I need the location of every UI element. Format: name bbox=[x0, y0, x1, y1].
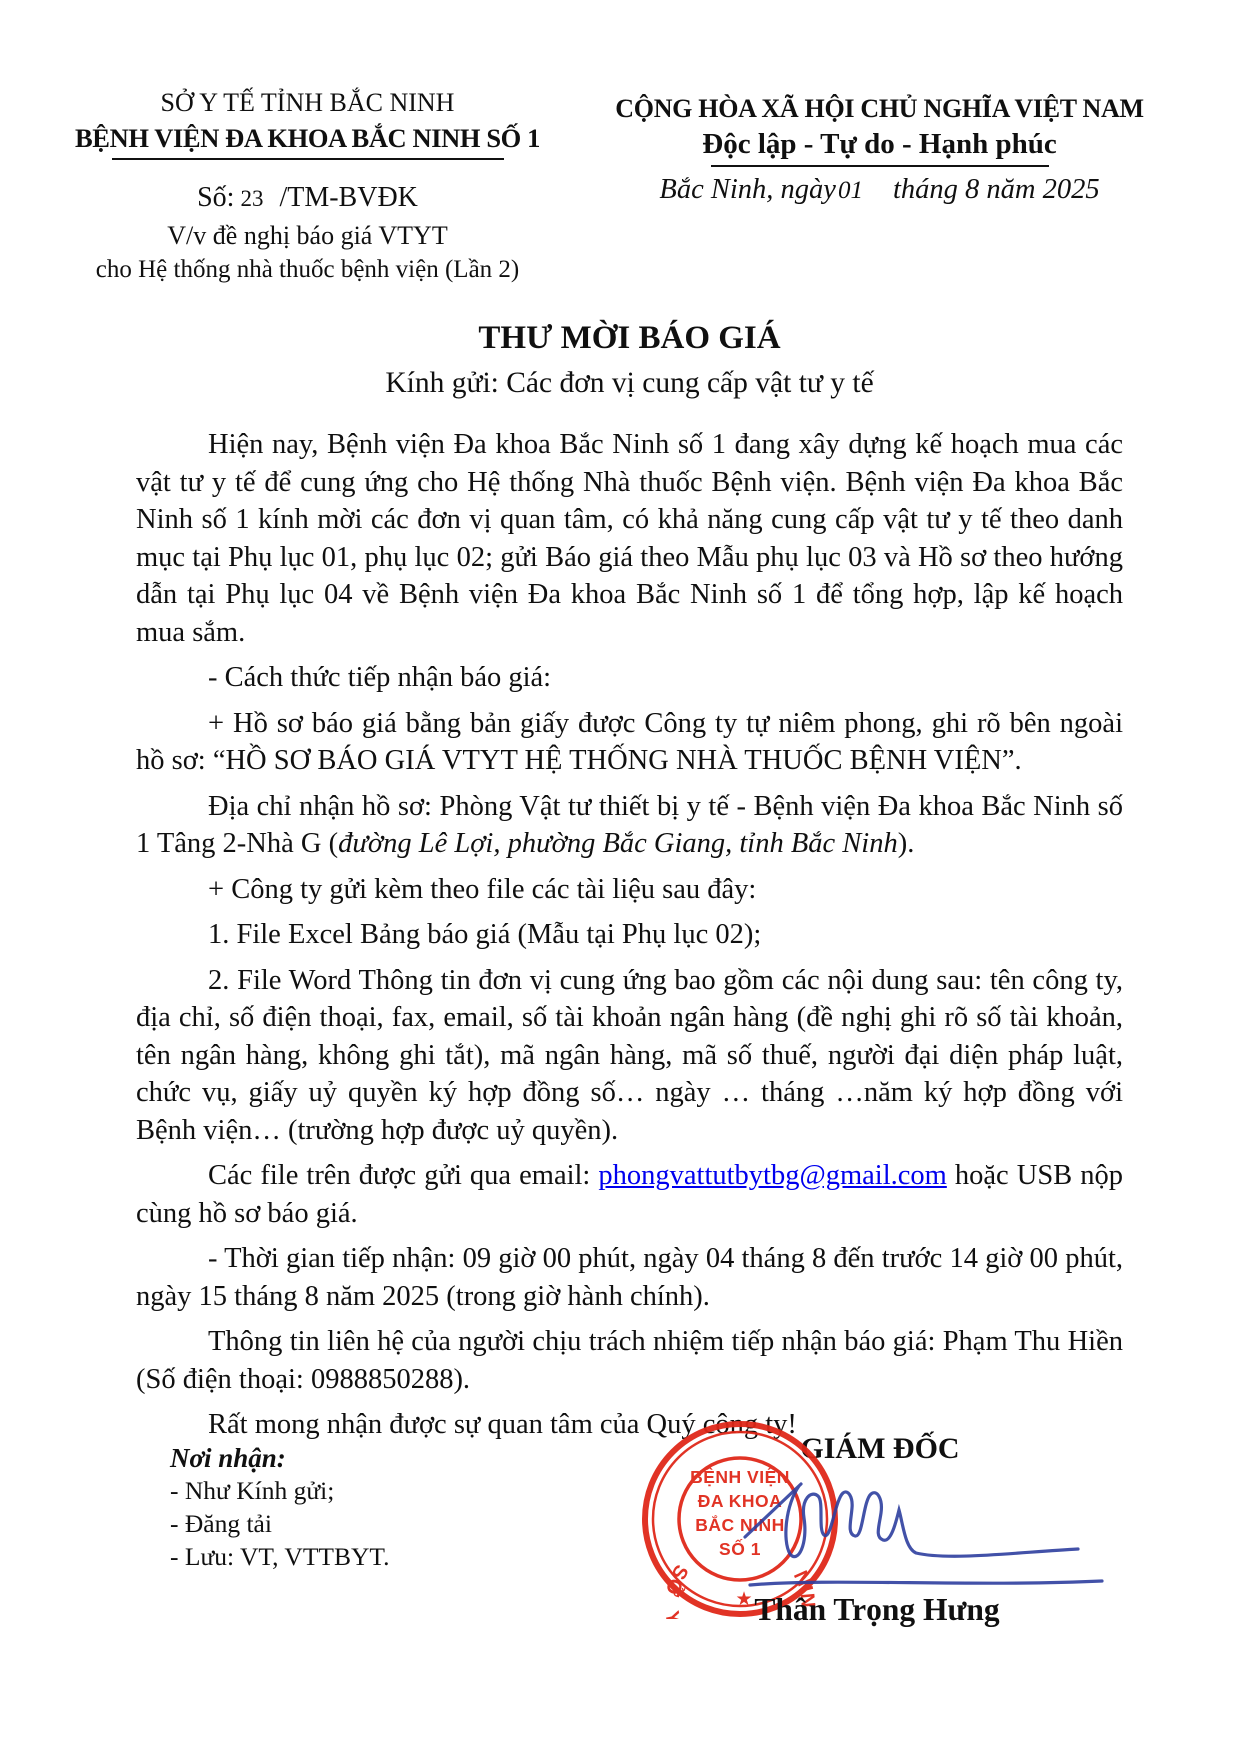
text-run: Các file trên được gửi qua email: bbox=[208, 1160, 598, 1191]
date-prefix: Bắc Ninh, ngày bbox=[659, 174, 836, 205]
date-day-value: 01 bbox=[838, 177, 863, 204]
paragraph-email: Các file trên được gửi qua email: phongv… bbox=[136, 1157, 1123, 1232]
salutation-line: Kính gửi: Các đơn vị cung cấp vật tư y t… bbox=[136, 367, 1123, 400]
recipient-item: - Như Kính gửi; bbox=[170, 1474, 389, 1507]
paragraph-intro: Hiện nay, Bệnh viện Đa khoa Bắc Ninh số … bbox=[136, 426, 1123, 651]
recipient-item: - Đăng tải bbox=[170, 1507, 389, 1540]
text-run: Thông tin liên hệ của người chịu trách n… bbox=[136, 1326, 1123, 1395]
date-suffix: tháng 8 năm 2025 bbox=[893, 174, 1100, 205]
paragraph-sealed-dossier: + Hồ sơ báo giá bằng bản giấy được Công … bbox=[136, 705, 1123, 780]
text-run: + Công ty gửi kèm theo file các tài liệu… bbox=[208, 874, 756, 905]
text-run: - Thời gian tiếp nhận: 09 giờ 00 phút, n… bbox=[136, 1243, 1123, 1312]
email-link[interactable]: phongvattutbytbg@gmail.com bbox=[598, 1160, 946, 1191]
national-motto-block: CỘNG HÒA XÃ HỘI CHỦ NGHĨA VIỆT NAM Độc l… bbox=[592, 94, 1167, 206]
signature-underline-stroke bbox=[750, 1581, 1102, 1585]
document-page: SỞ Y TẾ TỈNH BẮC NINH BỆNH VIỆN ĐA KHOA … bbox=[0, 0, 1241, 1756]
document-number: Số:23/TM-BVĐK bbox=[55, 182, 560, 214]
recipient-item: - Lưu: VT, VTTBYT. bbox=[170, 1540, 389, 1573]
signer-name: Thân Trọng Hưng bbox=[732, 1592, 1022, 1628]
document-number-label: Số: bbox=[197, 182, 234, 213]
issuing-authority-block: SỞ Y TẾ TỈNH BẮC NINH BỆNH VIỆN ĐA KHOA … bbox=[55, 88, 560, 284]
document-subject-line2: cho Hệ thống nhà thuốc bệnh viện (Lần 2) bbox=[55, 256, 560, 284]
paragraph-deadline: - Thời gian tiếp nhận: 09 giờ 00 phút, n… bbox=[136, 1240, 1123, 1315]
signature-stroke bbox=[745, 1484, 1078, 1557]
text-run: đường Lê Lợi, phường Bắc Giang, tỉnh Bắc… bbox=[338, 828, 898, 859]
national-title: CỘNG HÒA XÃ HỘI CHỦ NGHĨA VIỆT NAM bbox=[592, 94, 1167, 124]
text-run: + Hồ sơ báo giá bằng bản giấy được Công … bbox=[136, 708, 1123, 777]
document-body: Hiện nay, Bệnh viện Đa khoa Bắc Ninh số … bbox=[136, 426, 1123, 1452]
issue-date-line: Bắc Ninh, ngày01tháng 8 năm 2025 bbox=[592, 174, 1167, 206]
text-run: Hiện nay, Bệnh viện Đa khoa Bắc Ninh số … bbox=[136, 429, 1123, 648]
document-subject-line1: V/v đề nghị báo giá VTYT bbox=[55, 221, 560, 251]
header-left-divider bbox=[112, 158, 504, 160]
paragraph-file-excel: 1. File Excel Bảng báo giá (Mẫu tại Phụ … bbox=[136, 916, 1123, 954]
national-motto: Độc lập - Tự do - Hạnh phúc bbox=[592, 128, 1167, 161]
paragraph-attachments-heading: + Công ty gửi kèm theo file các tài liệu… bbox=[136, 871, 1123, 909]
document-title: THƯ MỜI BÁO GIÁ bbox=[136, 320, 1123, 357]
authority-name: SỞ Y TẾ TỈNH BẮC NINH bbox=[55, 88, 560, 118]
recipients-heading: Nơi nhận: bbox=[170, 1443, 389, 1474]
paragraph-file-word: 2. File Word Thông tin đơn vị cung ứng b… bbox=[136, 962, 1123, 1150]
recipients-block: Nơi nhận: - Như Kính gửi; - Đăng tải - L… bbox=[170, 1443, 389, 1573]
hospital-name: BỆNH VIỆN ĐA KHOA BẮC NINH SỐ 1 bbox=[55, 123, 560, 154]
document-number-value: 23 bbox=[240, 186, 263, 211]
text-run: - Cách thức tiếp nhận báo giá: bbox=[208, 662, 551, 693]
document-number-suffix: /TM-BVĐK bbox=[279, 182, 417, 213]
text-run: 2. File Word Thông tin đơn vị cung ứng b… bbox=[136, 965, 1123, 1146]
paragraph-address: Địa chỉ nhận hồ sơ: Phòng Vật tư thiết b… bbox=[136, 788, 1123, 863]
handwritten-signature bbox=[700, 1402, 1160, 1622]
paragraph-contact: Thông tin liên hệ của người chịu trách n… bbox=[136, 1323, 1123, 1398]
paragraph-method-heading: - Cách thức tiếp nhận báo giá: bbox=[136, 659, 1123, 697]
text-run: ). bbox=[898, 828, 915, 859]
header-right-divider bbox=[711, 165, 1049, 167]
text-run: 1. File Excel Bảng báo giá (Mẫu tại Phụ … bbox=[208, 919, 761, 950]
